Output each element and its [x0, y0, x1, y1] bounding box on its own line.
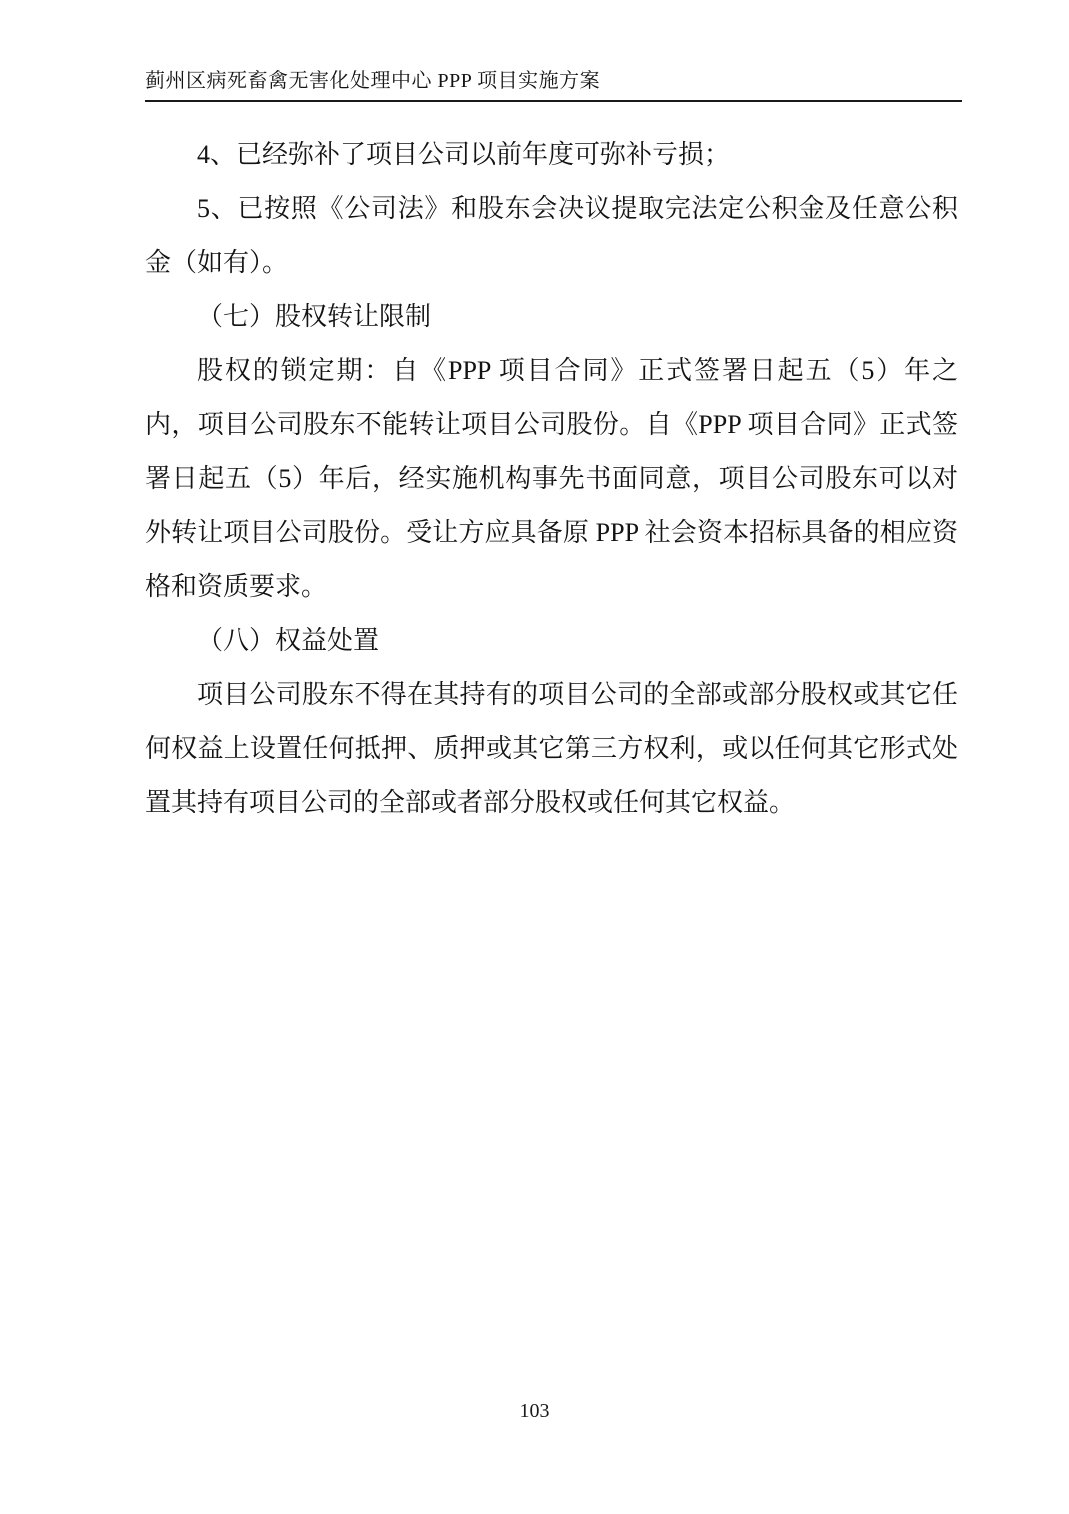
- heading-section-seven: （七）股权转让限制: [145, 290, 958, 344]
- paragraph-item-5: 5、已按照《公司法》和股东会决议提取完法定公积金及任意公积金（如有）。: [145, 182, 958, 290]
- paragraph-item-4: 4、已经弥补了项目公司以前年度可弥补亏损；: [145, 128, 958, 182]
- paragraph-equity-lockup: 股权的锁定期：自《PPP 项目合同》正式签署日起五（5）年之内，项目公司股东不能…: [145, 344, 958, 614]
- heading-section-eight: （八）权益处置: [145, 614, 958, 668]
- page-number: 103: [0, 1400, 1069, 1423]
- header-title: 蓟州区病死畜禽无害化处理中心 PPP 项目实施方案: [145, 70, 600, 92]
- paragraph-equity-disposal: 项目公司股东不得在其持有的项目公司的全部或部分股权或其它任何权益上设置任何抵押、…: [145, 668, 958, 830]
- document-header: 蓟州区病死畜禽无害化处理中心 PPP 项目实施方案: [145, 68, 962, 102]
- document-page: 蓟州区病死畜禽无害化处理中心 PPP 项目实施方案 4、已经弥补了项目公司以前年…: [0, 0, 1069, 1514]
- page-number-value: 103: [520, 1400, 550, 1422]
- document-body: 4、已经弥补了项目公司以前年度可弥补亏损； 5、已按照《公司法》和股东会决议提取…: [145, 128, 958, 830]
